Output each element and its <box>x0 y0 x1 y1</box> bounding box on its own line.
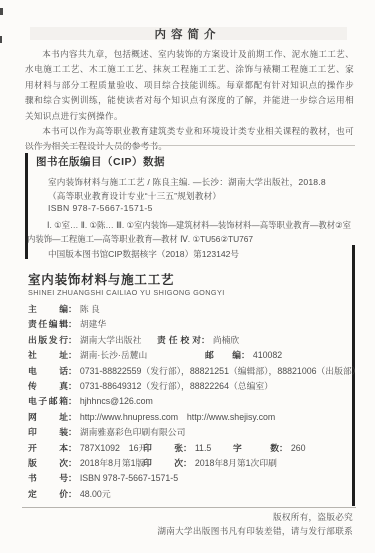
row-label: 网址 <box>28 410 68 425</box>
row-colon: ： <box>68 366 77 376</box>
colophon-row-editor: 主编：陈 良 <box>28 302 349 317</box>
row-pair-postcode: 邮编：410082 <box>205 348 282 363</box>
intro-text: 本书内容共九章，包括概述、室内装饰的方案设计及前期工作、泥水施工工艺、水电施工工… <box>25 47 354 155</box>
row-colon: ： <box>201 335 210 345</box>
cip-series-line: （高等职业教育设计专业“十三五”规划教材） <box>48 190 221 202</box>
cip-record-number: 中国版本图书馆CIP数据核字（2018）第123142号 <box>48 248 239 260</box>
row-label: 印张 <box>143 441 183 456</box>
row-pair-wordcount: 字数：260 <box>233 441 306 456</box>
copyright-notice: 版权所有，盗版必究 <box>273 511 353 523</box>
book-title: 室内装饰材料与施工工艺 <box>28 270 174 288</box>
colophon-row-isbn: 书号：ISBN 978-7-5667-1571-5 <box>28 471 349 486</box>
cip-isbn-line: ISBN 978-7-5667-1571-5 <box>48 203 153 213</box>
row-label: 责任编辑 <box>28 317 68 332</box>
row-colon: ： <box>68 335 77 345</box>
colophon-row-address: 社址：湖南·长沙·岳麓山 邮编：410082 <box>28 348 349 363</box>
colophon-row-website: 网址：http://www.hnupress.com http://www.sh… <box>28 410 349 425</box>
row-pair-impression: 印次：2018年8月第1次印刷 <box>143 456 277 471</box>
cip-classification: Ⅰ. ①室… Ⅱ. ①陈… Ⅲ. ①室内装饰—建筑材料—装饰材料—高等职业教育—… <box>27 219 351 246</box>
colophon-rows: 主编：陈 良 责任编辑：胡建华 出版发行：湖南大学出版社 责任校对：尚楠欣 社址… <box>28 302 349 502</box>
row-value: http://www.hnupress.com http://www.sheji… <box>80 412 275 422</box>
row-colon: ： <box>68 427 77 437</box>
colophon-row-fax: 传真：0731-88649312（发行部），88822264（总编室） <box>28 379 349 394</box>
intro-title: 内容简介 <box>0 26 375 42</box>
row-colon: ： <box>183 443 192 453</box>
row-colon: ： <box>68 458 77 468</box>
row-value: 湖南大学出版社 <box>80 335 142 345</box>
row-colon: ： <box>68 319 77 329</box>
book-copyright-page: 内容简介 本书内容共九章，包括概述、室内装饰的方案设计及前期工作、泥水施工工艺、… <box>0 0 375 553</box>
row-label: 印次 <box>143 456 183 471</box>
row-value: 湖南雅嘉彩色印刷有限公司 <box>80 427 186 437</box>
row-label: 版次 <box>28 456 68 471</box>
row-label: 电子邮箱 <box>28 394 68 409</box>
row-label: 印装 <box>28 425 68 440</box>
cip-heading: 图书在版编目（CIP）数据 <box>36 154 165 169</box>
row-colon: ： <box>68 350 77 360</box>
row-value: 尚楠欣 <box>213 335 239 345</box>
intro-paragraph-2: 本书可以作为高等职业教育建筑类专业和环境设计类专业相关课程的教材，也可以作为相关… <box>25 124 354 155</box>
row-colon: ： <box>68 489 77 499</box>
row-pair-proofreader: 责任校对：尚楠欣 <box>157 333 239 348</box>
row-label: 传真 <box>28 379 68 394</box>
row-colon: ： <box>183 458 192 468</box>
row-colon: ： <box>279 443 288 453</box>
row-value: ISBN 978-7-5667-1571-5 <box>80 473 178 483</box>
row-value: 湖南·长沙·岳麓山 <box>80 350 147 360</box>
colophon-row-phone: 电话：0731-88822559（发行部），88821251（编辑部），8882… <box>28 364 349 379</box>
intro-paragraph-1: 本书内容共九章，包括概述、室内装饰的方案设计及前期工作、泥水施工工艺、水电施工工… <box>25 47 354 124</box>
colophon-row-format: 开本：787X1092 16开 印张：11.5 字数：260 <box>28 441 349 456</box>
row-value: 410082 <box>253 350 282 360</box>
row-colon: ： <box>68 443 77 453</box>
divider-line-bottom <box>22 507 356 508</box>
row-value: 2018年8月第1版 <box>80 458 145 468</box>
row-value: 48.00元 <box>80 489 111 499</box>
row-label: 邮编 <box>205 348 241 363</box>
colophon-row-edition: 版次：2018年8月第1版 印次：2018年8月第1次印刷 <box>28 456 349 471</box>
scan-speck <box>0 8 3 15</box>
row-colon: ： <box>68 304 77 314</box>
row-label: 电话 <box>28 364 68 379</box>
colophon-row-price: 定价：48.00元 <box>28 487 349 502</box>
row-value: 0731-88649312（发行部），88822264（总编室） <box>80 381 273 391</box>
row-value: hjhhncs@126.com <box>80 396 153 406</box>
row-label: 主编 <box>28 302 68 317</box>
row-colon: ： <box>68 381 77 391</box>
book-title-pinyin: SHINEI ZHUANGSHI CAILIAO YU SHIGONG GONG… <box>28 288 225 297</box>
row-label: 出版发行 <box>28 333 68 348</box>
colophon-row-responsible-editor: 责任编辑：胡建华 <box>28 317 349 332</box>
row-value: 2018年8月第1次印刷 <box>195 458 277 468</box>
row-label: 社址 <box>28 348 68 363</box>
row-colon: ： <box>68 396 77 406</box>
row-label: 责任校对 <box>157 333 201 348</box>
row-label: 定价 <box>28 487 68 502</box>
row-label: 字数 <box>233 441 279 456</box>
divider-line-top <box>25 145 355 146</box>
colophon-row-printer: 印装：湖南雅嘉彩色印刷有限公司 <box>28 425 349 440</box>
row-value: 787X1092 16开 <box>80 443 148 453</box>
colophon-row-email: 电子邮箱：hjhhncs@126.com <box>28 394 349 409</box>
row-label: 书号 <box>28 471 68 486</box>
row-colon: ： <box>241 350 250 360</box>
row-value: 胡建华 <box>80 319 106 329</box>
row-value: 陈 良 <box>80 304 100 314</box>
row-pair-sheets: 印张：11.5 <box>143 441 211 456</box>
colophon-row-publisher: 出版发行：湖南大学出版社 责任校对：尚楠欣 <box>28 333 349 348</box>
row-colon: ： <box>68 412 77 422</box>
cip-title-line: 室内装饰材料与施工工艺 / 陈良主编. —长沙：湖南大学出版社，2018.8 <box>48 176 326 188</box>
misprint-notice: 湖南大学出版图书凡有印装差错，请与发行部联系 <box>157 525 353 537</box>
row-label: 开本 <box>28 441 68 456</box>
row-value: 260 <box>291 443 306 453</box>
row-value: 11.5 <box>195 443 211 453</box>
row-colon: ： <box>68 473 77 483</box>
row-value: 0731-88822559（发行部），88821251（编辑部），8882100… <box>80 366 361 376</box>
